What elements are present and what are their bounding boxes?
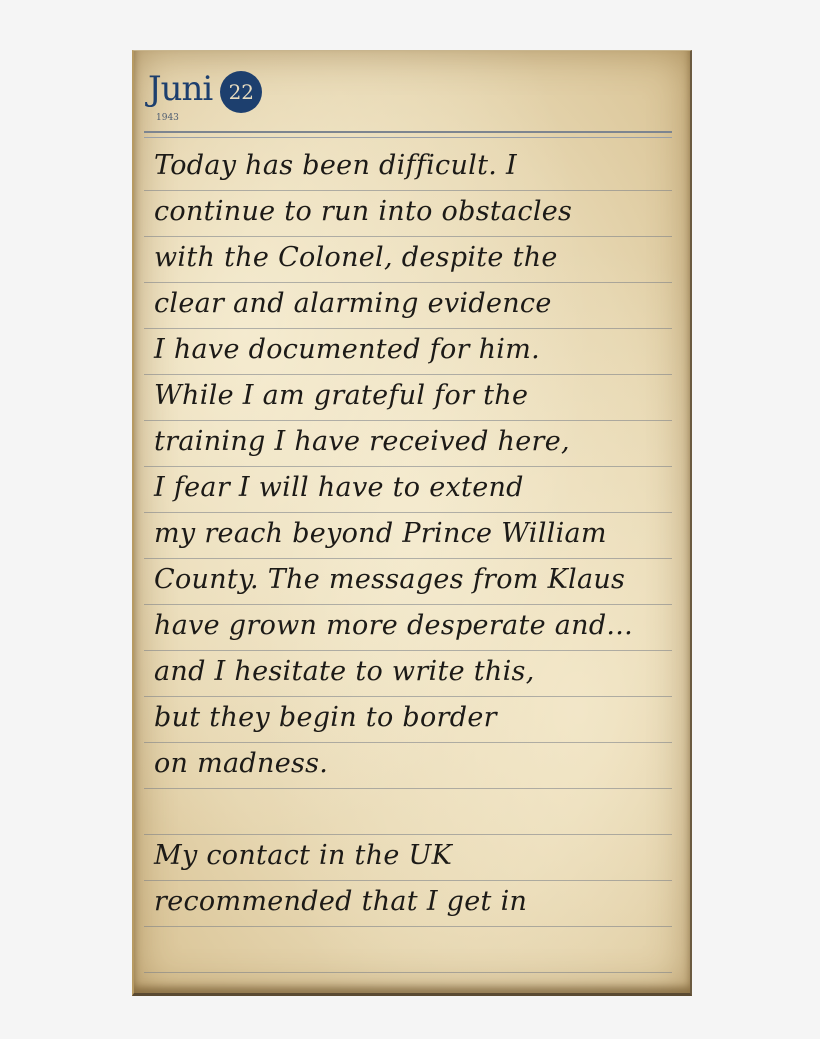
entry-line: Today has been difficult. I bbox=[154, 143, 666, 189]
entry-line: and I hesitate to write this, bbox=[154, 649, 666, 695]
entry-line: County. The messages from Klaus bbox=[154, 557, 666, 603]
header-rule bbox=[144, 131, 672, 138]
entry-line: have grown more desperate and... bbox=[154, 603, 666, 649]
entry-line: I have documented for him. bbox=[154, 327, 666, 373]
date-header: Juni 22 bbox=[148, 69, 262, 113]
diary-page: Juni 22 1943 Today has been difficult. I… bbox=[132, 50, 692, 996]
blank-line bbox=[154, 787, 666, 833]
entry-line: with the Colonel, despite the bbox=[154, 235, 666, 281]
entry-line: training I have received here, bbox=[154, 419, 666, 465]
day-badge: 22 bbox=[220, 71, 262, 113]
entry-line: on madness. bbox=[154, 741, 666, 787]
entry-line: I fear I will have to extend bbox=[154, 465, 666, 511]
entry-line: recommended that I get in bbox=[154, 879, 666, 925]
entry-line: clear and alarming evidence bbox=[154, 281, 666, 327]
handwritten-entry: Today has been difficult. I continue to … bbox=[154, 143, 666, 925]
entry-line: but they begin to border bbox=[154, 695, 666, 741]
year-label: 1943 bbox=[156, 113, 179, 123]
month-label: Juni bbox=[148, 69, 212, 109]
entry-line: My contact in the UK bbox=[154, 833, 666, 879]
entry-line: While I am grateful for the bbox=[154, 373, 666, 419]
ruled-line bbox=[144, 926, 672, 927]
entry-line: my reach beyond Prince William bbox=[154, 511, 666, 557]
entry-line: continue to run into obstacles bbox=[154, 189, 666, 235]
ruled-line bbox=[144, 972, 672, 973]
